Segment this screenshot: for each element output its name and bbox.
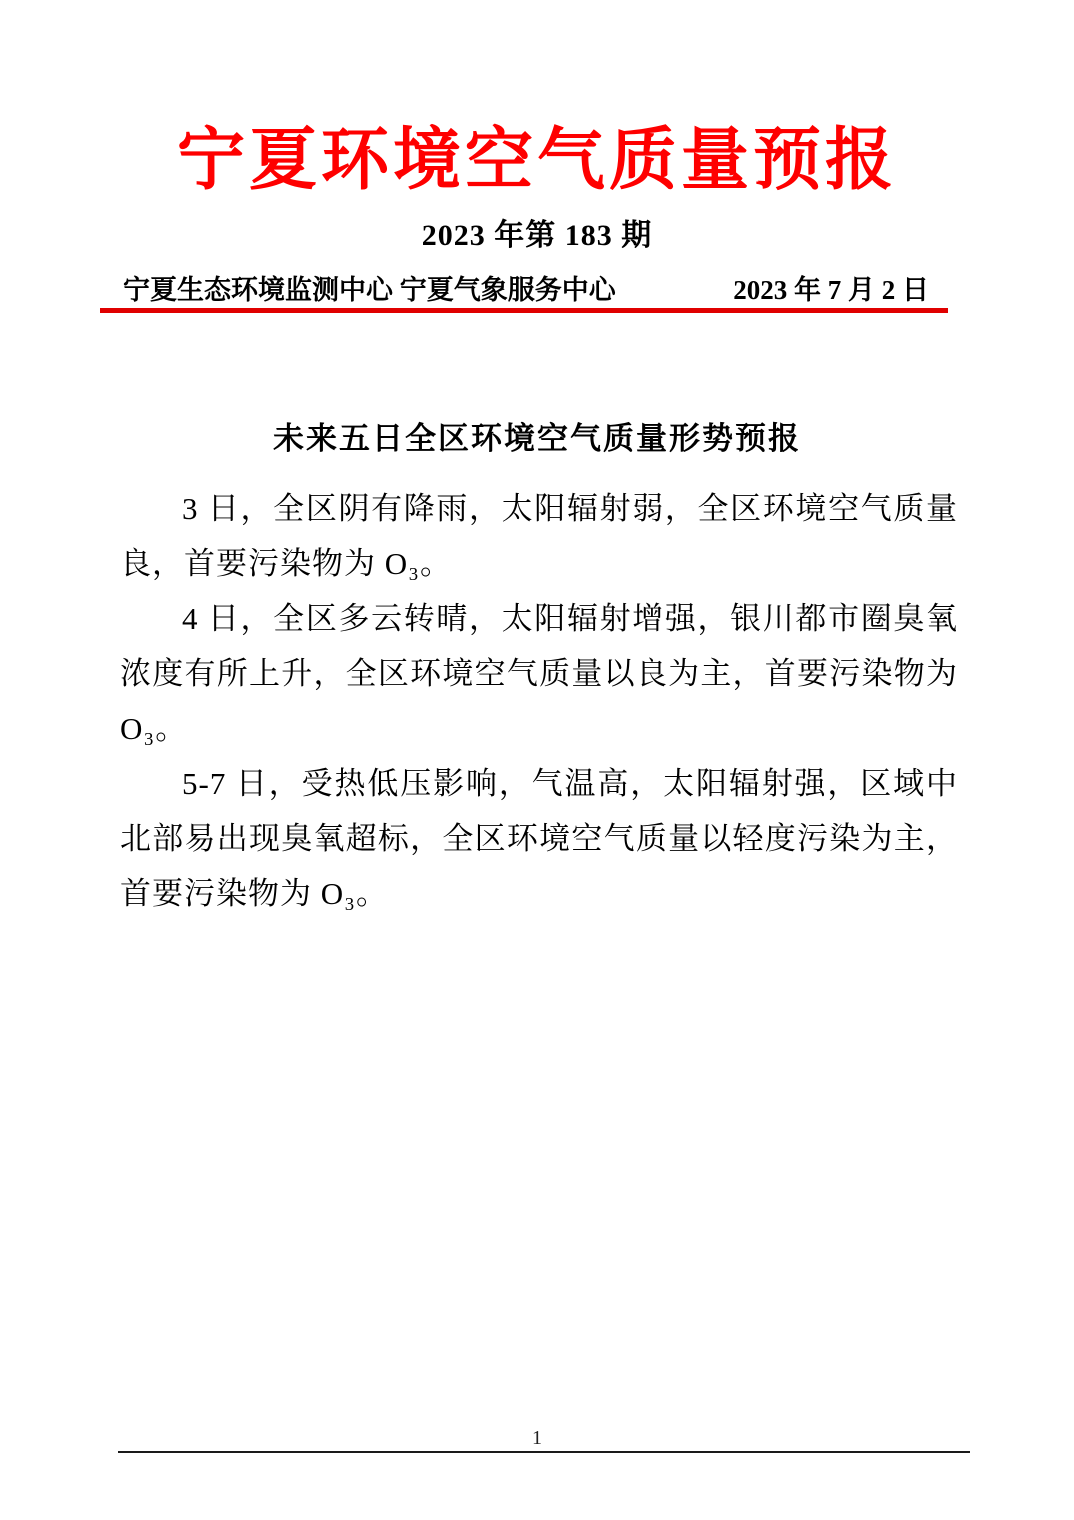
forecast-paragraph-day3: 3 日，全区阴有降雨，太阳辐射弱，全区环境空气质量良，首要污染物为 O₃。 (120, 481, 958, 591)
forecast-body: 3 日，全区阴有降雨，太阳辐射弱，全区环境空气质量良，首要污染物为 O₃。 4 … (120, 481, 958, 921)
footer-rule (118, 1451, 970, 1453)
issuing-agencies: 宁夏生态环境监测中心 宁夏气象服务中心 (123, 272, 616, 308)
issue-number-line: 2023 年第 183 期 (0, 216, 1074, 256)
forecast-paragraph-day5-7: 5-7 日，受热低压影响，气温高，太阳辐射强，区域中北部易出现臭氧超标，全区环境… (120, 756, 958, 921)
document-title: 宁夏环境空气质量预报 (0, 118, 1074, 202)
issue-date: 2023 年 7 月 2 日 (733, 272, 929, 308)
masthead-row: 宁夏生态环境监测中心 宁夏气象服务中心 2023 年 7 月 2 日 (123, 272, 929, 308)
forecast-paragraph-day4: 4 日，全区多云转晴，太阳辐射增强，银川都市圈臭氧浓度有所上升，全区环境空气质量… (120, 591, 958, 756)
page-number: 1 (0, 1426, 1074, 1450)
section-heading: 未来五日全区环境空气质量形势预报 (0, 419, 1074, 459)
document-page: 宁夏环境空气质量预报 2023 年第 183 期 宁夏生态环境监测中心 宁夏气象… (0, 0, 1074, 1520)
red-divider-rule (100, 308, 948, 313)
